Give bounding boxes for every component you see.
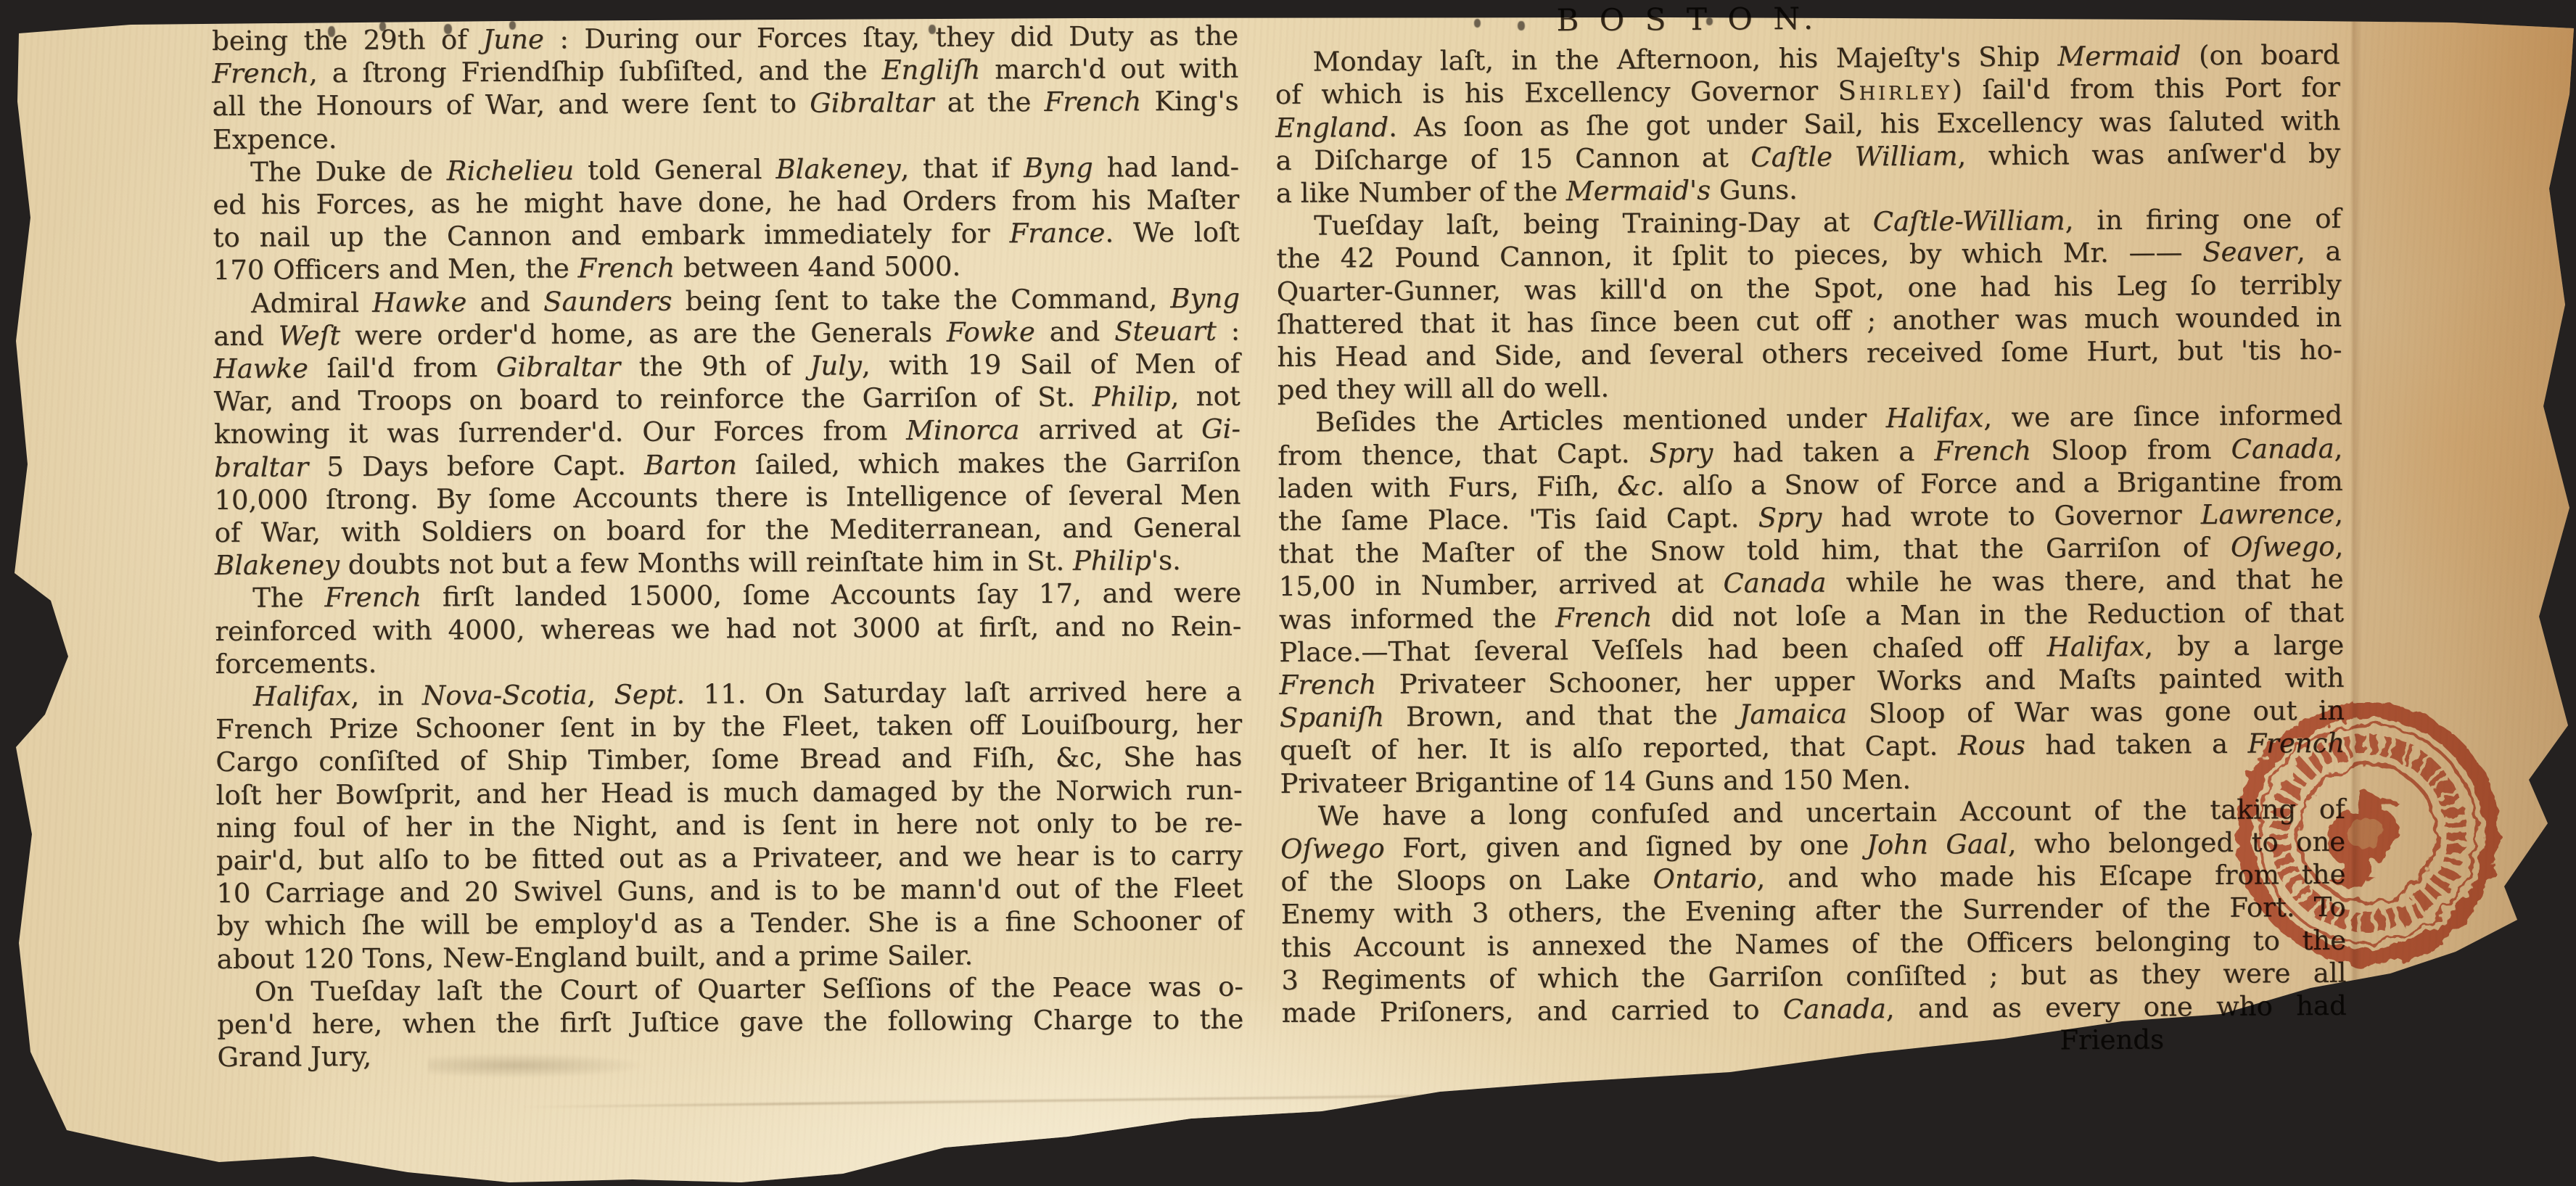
text-line: pair'd, but alſo to be fitted out as a P… — [216, 839, 1243, 878]
text-line: ed his Forces, as he might have done, he… — [213, 184, 1239, 222]
text-line: The French firſt landed 15000, ſome Acco… — [215, 577, 1241, 615]
text-line: 10,000 ſtrong. By ſome Accounts there is… — [214, 478, 1240, 516]
paragraph: being the 29th of June : During our Forc… — [212, 20, 1239, 156]
paper-stain — [2307, 276, 2576, 609]
text-line: loſt her Bowſprit, and her Head is much … — [215, 773, 1242, 812]
section-heading-boston: B O S T O N. — [1275, 0, 2100, 38]
paragraph: We have a long confuſed and uncertain Ac… — [1280, 793, 2347, 1030]
text-line: forcements. — [215, 642, 1241, 680]
text-line: Blakeney doubts not but a few Months wil… — [215, 544, 1241, 582]
text-line: Expence. — [213, 118, 1239, 156]
text-line: knowing it was ſurrender'd. Our Forces f… — [214, 413, 1240, 451]
paragraph: Halifax, in Nova-Scotia, Sept. 11. On Sa… — [215, 675, 1243, 976]
text-line: French, a ſtrong Friendſhip ſubſiſted, a… — [212, 52, 1238, 91]
paragraph: The French firſt landed 15000, ſome Acco… — [215, 577, 1242, 680]
text-line: French Prize Schooner ſent in by the Fle… — [215, 708, 1242, 746]
text-line: and Weſt were order'd home, as are the G… — [213, 314, 1240, 353]
text-line: braltar 5 Days before Capt. Barton ſaile… — [214, 445, 1240, 484]
text-line: reinforced with 4000, whereas we had not… — [215, 609, 1241, 648]
text-line: of War, with Soldiers on board for the M… — [215, 511, 1241, 550]
text-line: The Duke de Richelieu told General Blake… — [213, 150, 1239, 189]
text-line: Admiral Hawke and Saunders being ſent to… — [213, 281, 1240, 320]
text-line: about 120 Tons, New-England built, and a… — [217, 937, 1243, 976]
text-line: 170 Officers and Men, the French between… — [213, 249, 1240, 287]
text-line: On Tueſday laſt the Court of Quarter Seſ… — [217, 970, 1243, 1008]
text-line: being the 29th of June : During our Forc… — [212, 20, 1238, 58]
right-column-body: Monday laſt, in the Afternoon, his Majeſ… — [1275, 38, 2346, 1029]
text-line: by which ſhe will be employ'd as a Tende… — [216, 905, 1243, 943]
text-line: Hawke ſail'd from Gibraltar the 9th of J… — [213, 347, 1240, 386]
text-line: Cargo conſiſted of Ship Timber, ſome Bre… — [215, 741, 1242, 779]
paragraph: The Duke de Richelieu told General Blake… — [213, 150, 1240, 287]
text-line: Halifax, in Nova-Scotia, Sept. 11. On Sa… — [215, 675, 1242, 714]
paragraph: Monday laſt, in the Afternoon, his Majeſ… — [1275, 38, 2341, 210]
paragraph: Admiral Hawke and Saunders being ſent to… — [213, 281, 1241, 582]
text-line: all the Honours of War, and were ſent to… — [212, 85, 1238, 123]
paragraph: Tueſday laſt, being Training-Day at Caſt… — [1276, 202, 2342, 406]
right-column: B O S T O N. Monday laſt, in the Afterno… — [1275, 0, 2347, 1062]
text-line: Grand Jury, — [217, 1036, 1243, 1074]
text-line: to nail up the Cannon and embark immedia… — [213, 216, 1239, 255]
scan-background: being the 29th of June : During our Forc… — [0, 0, 2576, 1186]
left-column: being the 29th of June : During our Forc… — [212, 20, 1244, 1074]
paragraph: Beſides the Articles mentioned under Hal… — [1277, 399, 2345, 800]
paragraph: On Tueſday laſt the Court of Quarter Seſ… — [217, 970, 1244, 1074]
text-line: War, and Troops on board to reinforce th… — [214, 380, 1240, 419]
text-line: pen'd here, when the firſt Juſtice gave … — [217, 1003, 1243, 1042]
text-line: 10 Carriage and 20 Swivel Guns, and is t… — [216, 872, 1243, 910]
text-line: ning foul of her in the Night, and is ſe… — [216, 806, 1243, 844]
